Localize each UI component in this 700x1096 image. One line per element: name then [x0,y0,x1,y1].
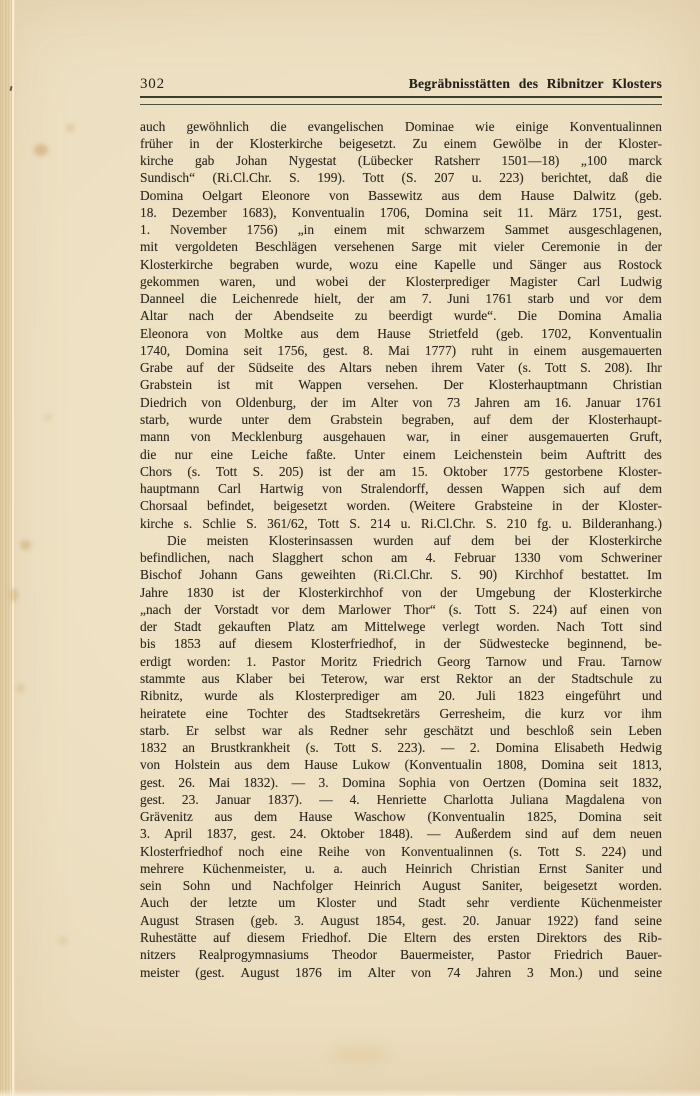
text-line: Ribnitz,wurdealsKlosterpredigeram20.Juli… [140,687,662,704]
header-double-rule [140,96,662,105]
text-line: AltarnachderAbendseitezubeerdigtwurde“.D… [140,307,662,324]
text-line: DominaOelgartEleonorevonBassewitzausdemH… [140,187,662,204]
text-line: 1832anBrustkrankheit(s.TottS.223).—2.Dom… [140,739,662,756]
text-line: bis1853aufdiesemKlosterfriedhof,inderSüd… [140,635,662,652]
running-head: 302 Begräbnisstätten des Ribnitzer Klost… [140,76,662,94]
text-line: derStadtgekauftenPlatzamMittelwegeverleg… [140,618,662,635]
text-line: DanneeldieLeichenredehielt,deram7.Juni17… [140,290,662,307]
text-line: starb,wurdeunterdemGrabsteinbegraben,auf… [140,411,662,428]
text-line: Klosterkirchebegrabenwurde,wozueineKapel… [140,256,662,273]
foxing-spot [58,936,68,945]
text-line: heirateteeineTochterdesStadtsekretärsGer… [140,705,662,722]
foxing-spot [66,124,75,132]
text-line: dienureineLeichefaßte.UntereinemLeichens… [140,446,662,463]
foxing-spot [16,684,25,693]
text-line: auchgewöhnlichdieevangelischenDominaewie… [140,118,662,135]
text-line: RuhestätteaufdiesemFriedhof.DieElterndes… [140,929,662,946]
running-header-title: Begräbnisstätten des Ribnitzer Klosters [409,76,662,92]
text-line: GrabsteinistmitWappenversehen.DerKloster… [140,376,662,393]
text-line: AugustStrasen(geb.3.August1854,gest.20.J… [140,912,662,929]
text-line: 18.Dezember1683),Konventualin1706,Domina… [140,204,662,221]
paragraph-2: DiemeistenKlosterinsassenwurdenaufdembei… [140,532,662,981]
foxing-spot [44,414,52,421]
text-line: AuchderletzteumKlosterundStadtsehrverdie… [140,894,662,911]
text-line: mannvonMecklenburgausgehauenwar,ineinera… [140,428,662,445]
text-line: starb.ErselbstwaralsRednersehrgeschätztu… [140,722,662,739]
text-line: meister(gest.August1876imAltervon74Jahre… [140,964,662,981]
foxing-spot [34,144,48,156]
text-line: hauptmannCarlHartwigvonStralendorff,dess… [140,480,662,497]
text-line: DiedrichvonOldenburg,derimAltervon73Jahr… [140,394,662,411]
text-line: 1.November1756)„ineinemmitschwarzemSamme… [140,221,662,238]
foxing-spot [330,1046,390,1062]
foxing-spot [20,540,31,550]
text-line: mehrereKüchenmeister,u.a.auchHeinrichChr… [140,860,662,877]
text-line: KlosterfriedhofnocheineReihevonKonventua… [140,843,662,860]
text-line: Chorsaalbefindet,beigesetztworden.(Weite… [140,497,662,514]
scanned-book-page: 302 Begräbnisstätten des Ribnitzer Klost… [0,0,700,1096]
text-line: nitzersRealprogymnasiumsTheodorBauermeis… [140,946,662,963]
text-line: DiemeistenKlosterinsassenwurdenaufdembei… [140,532,662,549]
page-number: 302 [140,76,165,93]
text-line: seinSohnundNachfolgerHeinrichAugustSanit… [140,877,662,894]
text-line: kirchegabJohanNygestat(LübeckerRatsherr1… [140,152,662,169]
text-line: gest.26.Mai1832).—3.DominaSophiavonOertz… [140,774,662,791]
text-line: früherinderKlosterkirchebeigesetzt.Zuein… [140,135,662,152]
page-edge-highlight [12,0,14,1096]
text-line: „nachderVorstadtvordemMarlowerThor“(s.To… [140,601,662,618]
text-line: erdigtworden:1.PastorMoritzFriedrichGeor… [140,653,662,670]
text-line: 3.April1837,gest.24.Oktober1848).—Außerd… [140,825,662,842]
text-line: 1740,Dominaseit1756,gest.8.Mai1777)ruhti… [140,342,662,359]
text-line: EleonoravonMoltkeausdemHauseStrietfeld(g… [140,325,662,342]
text-line: Jahre1830istderKlosterkirchhofvonderUmge… [140,584,662,601]
text-line: kirches.SchlieS.361/62,TottS.214u.Ri.Cl.… [140,515,662,532]
text-line: GrabeaufderSüdseitedesAltarsnebenihremVa… [140,359,662,376]
text-line: Chors(s.TottS.205)istderam15.Oktober1775… [140,463,662,480]
text-line: gest.23.Januar1837).—4.HenrietteCharlott… [140,791,662,808]
text-line: mitvergoldetenBeschlägenversehenenSargem… [140,238,662,255]
text-line: befindlichen,nachSlagghertschonam4.Febru… [140,549,662,566]
text-line: Sundisch“(Ri.Cl.Chr.S.199).Tott(S.207u.2… [140,169,662,186]
page-body-text: auchgewöhnlichdieevangelischenDominaewie… [140,118,662,981]
paragraph-1: auchgewöhnlichdieevangelischenDominaewie… [140,118,662,532]
text-line: gekommenwaren,undwobeiderKlosterprediger… [140,273,662,290]
text-line: stammteausKlaberbeiTeterow,warerstRektor… [140,670,662,687]
text-line: GrävenitzausdemHauseWaschow(Konventualin… [140,808,662,825]
text-line: BischofJohannGansgeweihten(Ri.Cl.Chr.S.9… [140,566,662,583]
text-line: vonHolsteinausdemHauseLukow(Konventualin… [140,756,662,773]
page-bottom-edge [0,1089,700,1096]
